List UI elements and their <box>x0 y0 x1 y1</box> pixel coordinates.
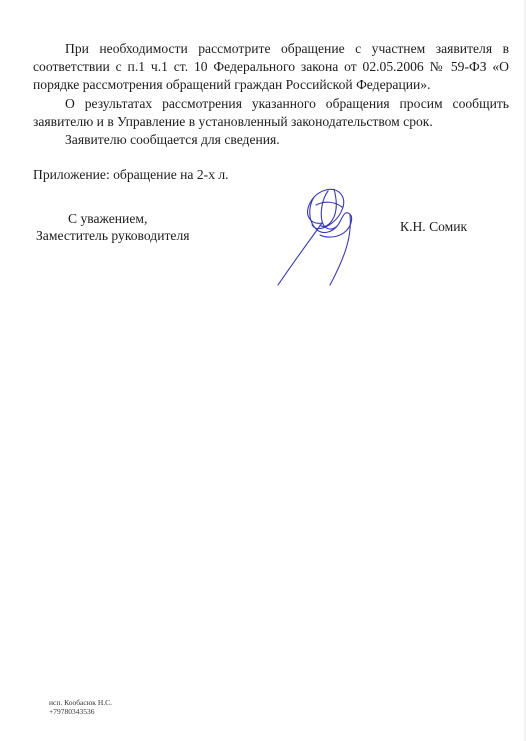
attachment-note: Приложение: обращение на 2-х л. <box>33 166 229 184</box>
closing-regards: С уважением, <box>68 210 147 228</box>
executor-phone: +79780343536 <box>49 707 94 716</box>
paragraph-1-line-2: соответствии с п.1 ч.1 ст. 10 Федерально… <box>33 58 509 76</box>
paragraph-2-line-2: заявителю и в Управление в установленный… <box>33 113 433 131</box>
executor-name: исп. Кообасюк Н.С. <box>49 698 112 707</box>
signer-position: Заместитель руководителя <box>36 227 189 245</box>
paragraph-1-line-3: порядке рассмотрения обращений граждан Р… <box>33 76 430 94</box>
signer-name: К.Н. Сомик <box>400 218 467 236</box>
paragraph-3-line-1: Заявителю сообщается для сведения. <box>65 131 280 149</box>
document-page: При необходимости рассмотрите обращение … <box>0 0 526 741</box>
paragraph-2-line-1: О результатах рассмотрения указанного об… <box>65 95 509 113</box>
handwritten-signature-icon <box>270 185 370 290</box>
paragraph-1-line-1: При необходимости рассмотрите обращение … <box>65 40 509 58</box>
